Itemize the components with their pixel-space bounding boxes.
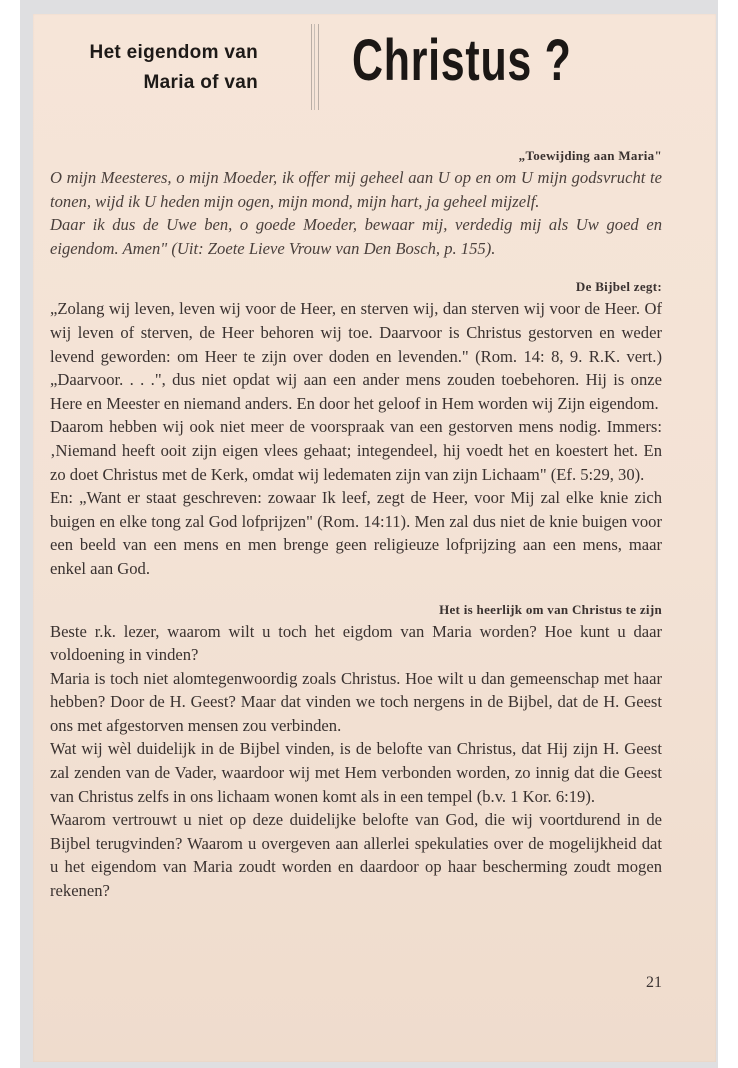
section-text: Beste r.k. lezer, waarom wilt u toch het… bbox=[50, 620, 662, 903]
paragraph: Daar ik dus de Uwe ben, o goede Moeder, … bbox=[50, 213, 662, 260]
prayer-quote: O mijn Meesteres, o mijn Moeder, ik offe… bbox=[50, 166, 662, 260]
paragraph: Daarom hebben wij ook niet meer de voors… bbox=[50, 415, 662, 486]
header-divider-rule bbox=[311, 24, 319, 110]
section-bijbel-zegt: De Bijbel zegt: „Zolang wij leven, leven… bbox=[50, 277, 662, 580]
article-body: „Toewijding aan Maria" O mijn Meesteres,… bbox=[50, 146, 662, 903]
paragraph: Waarom vertrouwt u niet op deze duidelij… bbox=[50, 808, 662, 902]
section-heerlijk: Het is heerlijk om van Christus te zijn … bbox=[50, 600, 662, 903]
paragraph: O mijn Meesteres, o mijn Moeder, ik offe… bbox=[50, 166, 662, 213]
page-number: 21 bbox=[600, 974, 662, 992]
paragraph: En: „Want er staat geschreven: zowaar Ik… bbox=[50, 486, 662, 580]
section-heading: Het is heerlijk om van Christus te zijn bbox=[50, 600, 662, 620]
section-text: „Zolang wij leven, leven wij voor de Hee… bbox=[50, 297, 662, 580]
paragraph: Beste r.k. lezer, waarom wilt u toch het… bbox=[50, 620, 662, 667]
paragraph: Maria is toch niet alomtegenwoordig zoal… bbox=[50, 667, 662, 738]
subtitle-line-1: Het eigendom van bbox=[44, 38, 258, 68]
article-title: Christus ? bbox=[352, 26, 572, 96]
section-toewijding: „Toewijding aan Maria" O mijn Meesteres,… bbox=[50, 146, 662, 260]
article-subtitle: Het eigendom van Maria of van bbox=[44, 38, 258, 98]
section-heading: „Toewijding aan Maria" bbox=[50, 146, 662, 166]
paragraph: „Zolang wij leven, leven wij voor de Hee… bbox=[50, 297, 662, 415]
subtitle-line-2: Maria of van bbox=[44, 68, 258, 98]
paragraph: Wat wij wèl duidelijk in de Bijbel vinde… bbox=[50, 737, 662, 808]
section-heading: De Bijbel zegt: bbox=[50, 277, 662, 297]
